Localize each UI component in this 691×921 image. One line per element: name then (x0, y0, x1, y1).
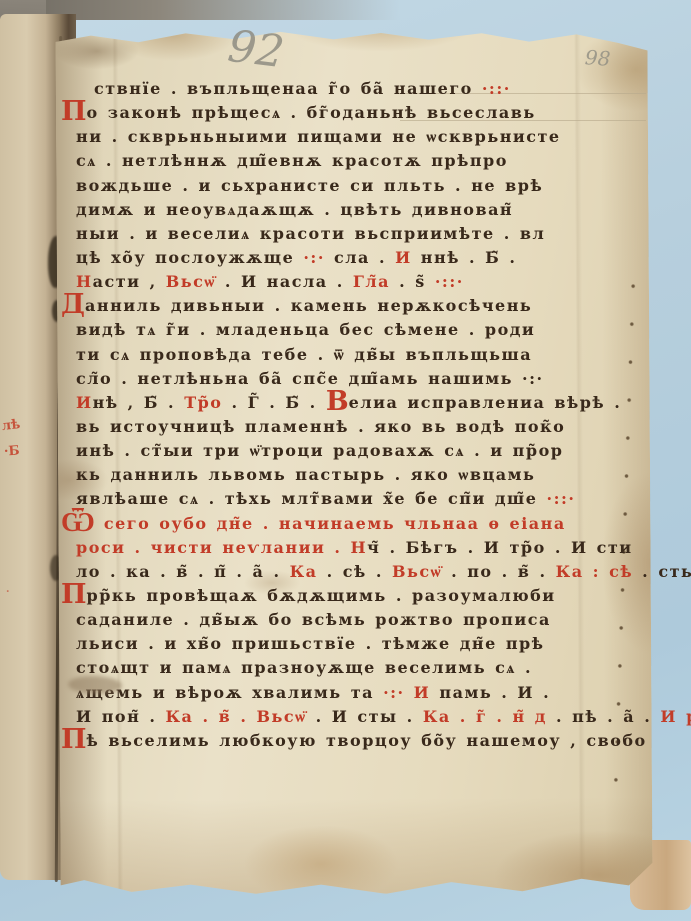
manuscript-line: Насти , Вьсѡ̈ . И насла . Гл̃а . ѕ̃ ·::· (76, 272, 642, 296)
text-run: ѣ вьселимь любкоую творцоу бо̃у нашемоу … (87, 731, 647, 750)
manuscript-line: явлѣаше сѧ . тѣхь млт̃вами х̃е б̃е сп̃и … (76, 489, 642, 513)
text-run: Гл̃а (353, 272, 390, 291)
text-run: стоѧщт и памѧ празноуѫще веселимь сѧ . (76, 658, 532, 677)
manuscript-line: Данниль дивьныи . камень нерѫкосѣчень (76, 296, 642, 320)
manuscript-line: сл̃о . нетлѣньна ба̃ спс̃е дш̃амь нашимь… (76, 369, 642, 393)
manuscript-line: И пон̃ . Ка . в̃ . Вьсѡ̈ . И сты . Ка . … (76, 707, 642, 731)
manuscript-photo: 92 98 ствнїе . въпльщенаа г̃о ба̃ нашего… (0, 0, 691, 921)
text-run: Вьсѡ̈ (256, 707, 306, 726)
manuscript-line: инѣ . ст̃ыи три ѡ̈троци радовахѫ сѧ . и … (76, 441, 642, 465)
text-run: . И насла . (216, 272, 353, 291)
manuscript-line: ствнїе . въпльщенаа г̃о ба̃ нашего ·::· (76, 79, 642, 103)
initial-letter: В (326, 386, 349, 417)
text-run: Ка (290, 562, 318, 581)
manuscript-line: вь истоучницѣ пламеннѣ . яко вь водѣ пок… (76, 417, 642, 441)
text-run: Ка . г̃ . н̃ д (423, 707, 547, 726)
bleed-through-mark: . (6, 584, 9, 595)
text-run: И (395, 248, 412, 267)
text-run: ·::· (435, 272, 464, 291)
text-run: ныи . и веселиѧ красоти вьсприимѣте . вл (76, 224, 545, 243)
text-run: ·::· (482, 79, 511, 98)
text-run: вь истоучницѣ пламеннѣ . яко вь водѣ пок… (76, 417, 565, 436)
text-run: Ка : сѣ (556, 562, 633, 581)
manuscript-line: Прр̃кь провѣщаѫ бѫдѫщимь . разоумалюби (76, 586, 642, 610)
pencil-folio-number-corner: 98 (584, 45, 611, 71)
manuscript-line: ло . ка . в̃ . п̃ . а̃ . Ка . сѣ . Вьсѡ̈… (76, 562, 642, 586)
manuscript-line: ѧщемь и вѣроѫ хвалимь та ·:· И памь . И … (76, 683, 642, 707)
initial-letter: П (61, 579, 87, 610)
manuscript-line: цѣ хо̃у послоужѫще ·:· сла . И ннѣ . Б̃ … (76, 248, 642, 272)
text-run: саданиле . дв̃ыѫ бо всѣмь рожтво прописа (76, 610, 551, 629)
text-run: . ѕ̃ (390, 272, 435, 291)
text-run: ·:· И (383, 683, 430, 702)
initial-letter: Д (61, 289, 85, 320)
text-run: Тр̃о (184, 393, 222, 412)
text-run: . по . в̃ . (442, 562, 556, 581)
text-run: И пон̃ . (76, 707, 166, 726)
manuscript-line: вождьше . и сьхранисте си пльть . не врѣ (76, 176, 642, 200)
text-run: ни . скврьньныими пищами не ѡскврьнисте (76, 127, 561, 146)
text-run: нѣ , Б̃ . (93, 393, 185, 412)
text-block: ствнїе . въпльщенаа г̃о ба̃ нашего ·::·П… (76, 79, 642, 755)
manuscript-line: Пѣ вьселимь любкоую творцоу бо̃у нашемоу… (76, 731, 642, 755)
manuscript-line: ни . скврьньныими пищами не ѡскврьнисте (76, 127, 642, 151)
manuscript-line: саданиле . дв̃ыѫ бо всѣмь рожтво прописа (76, 610, 642, 634)
text-run: ло . ка . в̃ . п̃ . а̃ . (76, 562, 290, 581)
manuscript-line: ныи . и веселиѧ красоти вьсприимѣте . вл (76, 224, 642, 248)
manuscript-line: сѧ . нетлѣннѫ дш̃евнѫ красотѫ прѣпро (76, 151, 642, 175)
text-run: И (76, 393, 93, 412)
text-run: вождьше . и сьхранисте си пльть . не врѣ (76, 176, 543, 195)
text-run: . И сты . (307, 707, 423, 726)
text-run: ствнїе . въпльщенаа г̃о ба̃ нашего (94, 79, 482, 98)
initial-letter: Ѿ (61, 507, 95, 538)
text-run: сѧ . нетлѣннѫ дш̃евнѫ красотѫ прѣпро (76, 151, 508, 170)
manuscript-line: роси . чисти неѵлании . Нч̃ . Бѣгъ . И т… (76, 538, 642, 562)
text-run: сего оубо дн̃е . начинаемь чльнаа ѳ еіан… (95, 514, 566, 533)
bleed-through-mark: лѣ (1, 417, 21, 434)
text-run: ·::· (547, 489, 576, 508)
text-run: о законѣ прѣщесѧ . бг̃оданьнѣ вьсеславь (87, 103, 536, 122)
manuscript-line: стоѧщт и памѧ празноуѫще веселимь сѧ . (76, 658, 642, 682)
initial-letter: П (61, 724, 87, 755)
manuscript-line: димѫ и неоувѧдаѫщѫ . цвѣть дивнован̃ (76, 200, 642, 224)
text-run: ·:· (303, 248, 334, 267)
bleed-through-mark: ·Б (3, 443, 20, 459)
manuscript-line: По законѣ прѣщесѧ . бг̃оданьнѣ вьсеславь (76, 103, 642, 127)
text-run: . Г̃ . Б̃ . (222, 393, 325, 412)
text-run: ч̃ . Бѣгъ . И тр̃о . И сти (367, 538, 633, 557)
text-run: Ка . в̃ . (166, 707, 257, 726)
manuscript-line: Инѣ , Б̃ . Тр̃о . Г̃ . Б̃ . Велиа исправ… (76, 393, 642, 417)
text-run: инѣ . ст̃ыи три ѡ̈троци радовахѫ сѧ . и … (76, 441, 563, 460)
text-run: сл̃о . нетлѣньна ба̃ спс̃е дш̃амь нашимь… (76, 369, 544, 388)
text-run: ѧщемь и вѣроѫ хвалимь та (76, 683, 383, 702)
text-run: ти сѧ проповѣда тебе . ѿ дв̃ы въпльщьша (76, 345, 532, 364)
text-run: кь данниль львомь пастырь . яко ѡвцамь (76, 465, 535, 484)
pencil-folio-number-center: 92 (225, 21, 287, 78)
text-run: ннѣ . Б̃ . (412, 248, 517, 267)
initial-letter: П (61, 96, 87, 127)
text-run: елиа исправлениа вѣрѣ . (349, 393, 622, 412)
text-run: рр̃кь провѣщаѫ бѫдѫщимь . разоумалюби (87, 586, 556, 605)
text-run: явлѣаше сѧ . тѣхь млт̃вами х̃е б̃е сп̃и … (76, 489, 547, 508)
text-run: анниль дивьныи . камень нерѫкосѣчень (85, 296, 532, 315)
text-run: Н (351, 538, 368, 557)
text-run: памь . И . (430, 683, 550, 702)
manuscript-line: ти сѧ проповѣда тебе . ѿ дв̃ы въпльщьша (76, 345, 642, 369)
text-run: И рм̃о ·::· (660, 707, 691, 726)
text-run: цѣ хо̃у послоужѫще (76, 248, 303, 267)
text-run: асти , (93, 272, 166, 291)
text-run: димѫ и неоувѧдаѫщѫ . цвѣть дивнован̃ (76, 200, 513, 219)
text-run: . пѣ . а̃ . (547, 707, 660, 726)
manuscript-line: кь данниль львомь пастырь . яко ѡвцамь (76, 465, 642, 489)
text-run: Вьсѡ̈ (166, 272, 216, 291)
text-run: . сѣ . (318, 562, 392, 581)
text-run: льиси . и хв̃о пришьствїе . тѣмже дн̃е п… (76, 634, 544, 653)
text-run: . сты . (633, 562, 691, 581)
text-run: роси . чисти неѵлании . (76, 538, 351, 557)
text-run: сла . (334, 248, 395, 267)
manuscript-line: Ѿ сего оубо дн̃е . начинаемь чльнаа ѳ еі… (76, 514, 642, 538)
manuscript-line: льиси . и хв̃о пришьствїе . тѣмже дн̃е п… (76, 634, 642, 658)
text-run: видѣ тѧ г̃и . младеньца бес сѣмене . род… (76, 320, 535, 339)
manuscript-line: видѣ тѧ г̃и . младеньца бес сѣмене . род… (76, 320, 642, 344)
text-run: Вьсѡ̈ (392, 562, 442, 581)
